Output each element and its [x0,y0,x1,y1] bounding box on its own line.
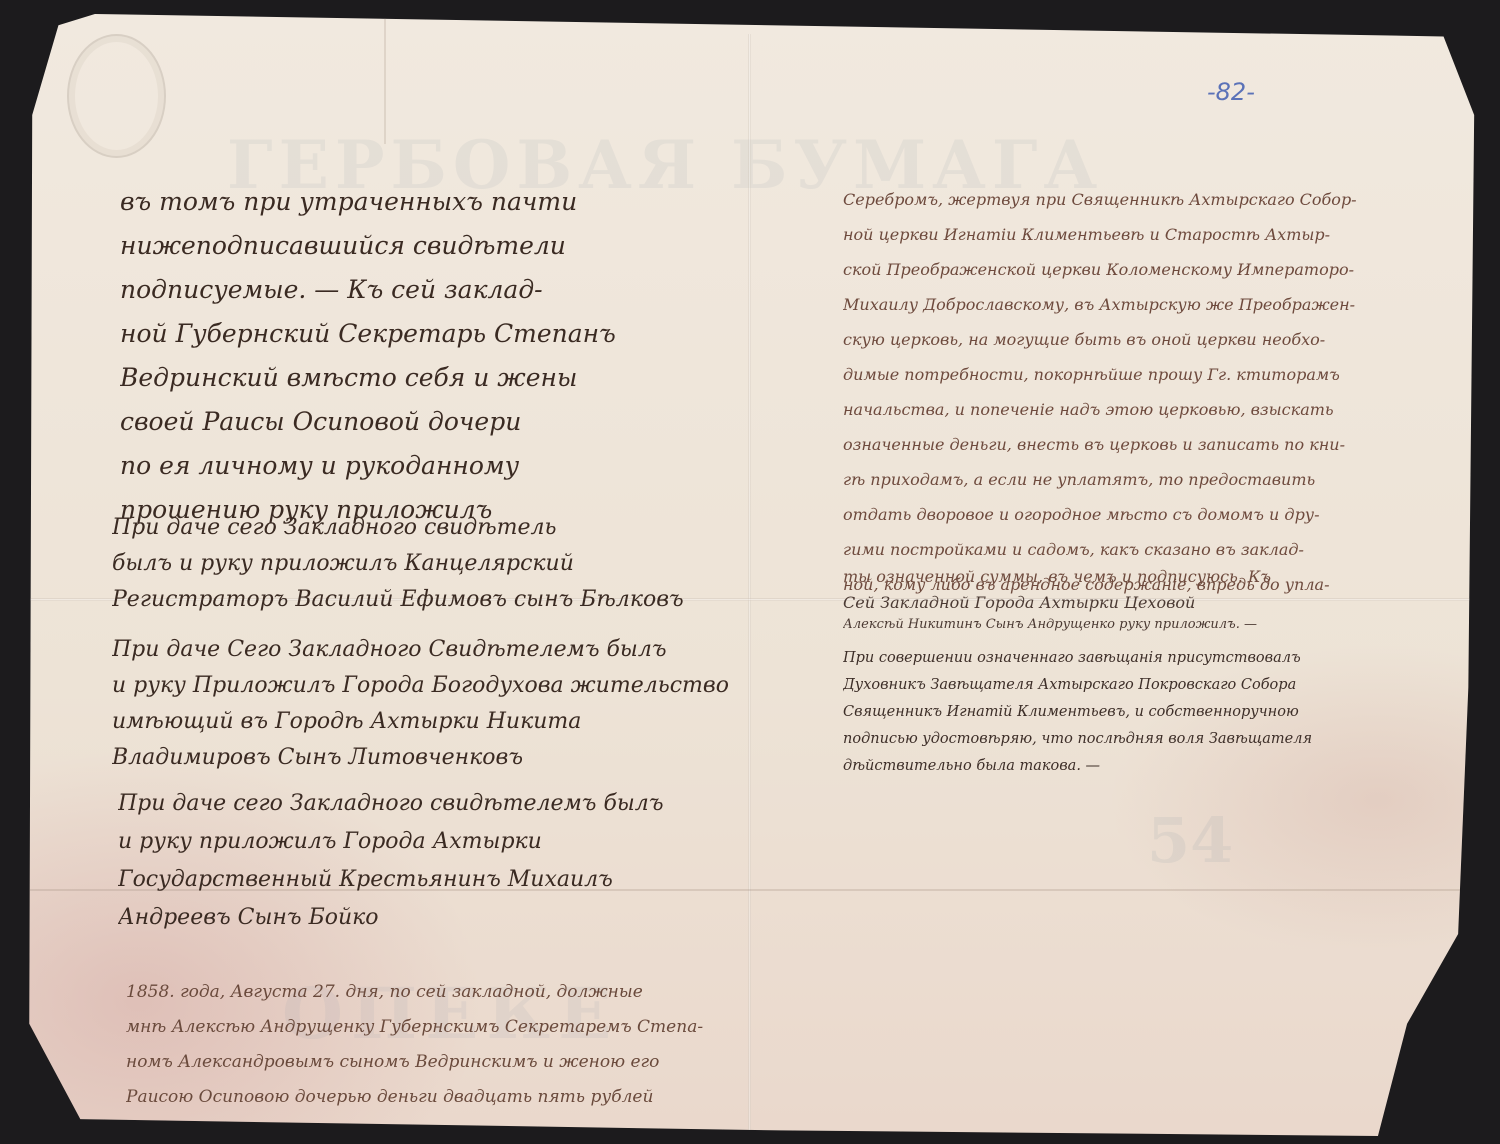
text-line: скую церковь, на могущие быть въ оной це… [843,322,1468,357]
vertical-crease [384,14,386,144]
text-line: и руку Приложилъ Города Богодухова жител… [112,668,742,704]
text-line: ты означенной суммы, въ чемъ и подписуюс… [843,562,1468,592]
text-line: Алексѣй Никитинъ Сынъ Андрущенко руку пр… [843,614,1468,636]
text-line: своей Раисы Осиповой дочери [120,400,740,444]
embossed-seal-icon [67,34,166,158]
text-line: 1858. года, Августа 27. дня, по сей закл… [126,975,746,1010]
text-line: гѣ приходамъ, а если не уплатятъ, то пре… [843,462,1468,497]
watermark-number: 54 [1147,804,1233,877]
text-line: былъ и руку приложилъ Канцелярский [112,546,742,582]
text-line: Михаилу Доброславскому, въ Ахтырскую же … [843,287,1468,322]
left-paragraph-1: въ томъ при утраченныхъ пачти нижеподпис… [120,180,740,532]
text-line: Регистраторъ Василий Ефимовъ сынъ Бѣлков… [112,582,742,618]
left-witnesses-1-2: При даче сего Закладного свидѣтель былъ … [112,510,742,776]
text-line: При даче сего Закладного свидѣтель [112,510,742,546]
right-attestation: При совершении означеннаго завѣщанiя при… [843,645,1463,780]
text-line: Сей Закладной Города Ахтырки Цеховой [843,592,1468,614]
text-line: въ томъ при утраченныхъ пачти [120,180,740,224]
text-line: дѣйствительно была такова. — [843,753,1463,780]
text-line: Государственный Крестьянинъ Михаилъ [118,861,738,899]
text-line: димые потребности, покорнѣйше прошу Гг. … [843,357,1468,392]
text-line: Раисою Осиповою дочерью деньги двадцать … [126,1080,746,1115]
text-line: При совершении означеннаго завѣщанiя при… [843,645,1463,672]
text-line: Андреевъ Сынъ Бойко [118,899,738,937]
text-line: означенные деньги, внесть въ церковь и з… [843,427,1468,462]
vertical-fold [748,34,751,1134]
text-line: При даче сего Закладного свидѣтелемъ был… [118,785,738,823]
text-line: ской Преображенской церкви Коломенскому … [843,252,1468,287]
text-line: ной церкви Игнатiи Климентьевѣ и Старост… [843,217,1468,252]
text-line: Серебромъ, жертвуя при Священникѣ Ахтырс… [843,182,1468,217]
text-line: и руку приложилъ Города Ахтырки [118,823,738,861]
text-line: по ея личному и рукоданному [120,444,740,488]
text-line: номъ Александровымъ сыномъ Ведринскимъ и… [126,1045,746,1080]
text-line: отдать дворовое и огородное мѣсто съ дом… [843,497,1468,532]
text-line: подписуемые. — Къ сей заклад- [120,268,740,312]
text-line: Духовникъ Завѣщателя Ахтырскаго Покровск… [843,672,1463,699]
right-paragraph-1: Серебромъ, жертвуя при Священникѣ Ахтырс… [843,182,1468,602]
text-line: нижеподписавшийся свидѣтели [120,224,740,268]
text-line: подписью удостовѣряю, что послѣдняя воля… [843,726,1463,753]
text-line: ной Губернский Секретарь Степанъ [120,312,740,356]
text-line: Священникъ Игнатiй Климентьевъ, и собств… [843,699,1463,726]
text-line: Владимировъ Сынъ Литовченковъ [112,740,742,776]
text-line: При даче Сего Закладного Свидѣтелемъ был… [112,632,742,668]
text-line: имѣющий въ Городѣ Ахтырки Никита [112,704,742,740]
left-witness-3: При даче сего Закладного свидѣтелемъ был… [118,785,738,937]
text-line: Ведринский вмѣсто себя и жены [120,356,740,400]
page-number: -82- [1207,78,1255,106]
text-line: начальства, и попеченiе надъ этою церков… [843,392,1468,427]
left-receipt: 1858. года, Августа 27. дня, по сей закл… [126,975,746,1115]
right-signature: ты означенной суммы, въ чемъ и подписуюс… [843,562,1468,636]
text-line: мнѣ Алексѣю Андрущенку Губернскимъ Секре… [126,1010,746,1045]
